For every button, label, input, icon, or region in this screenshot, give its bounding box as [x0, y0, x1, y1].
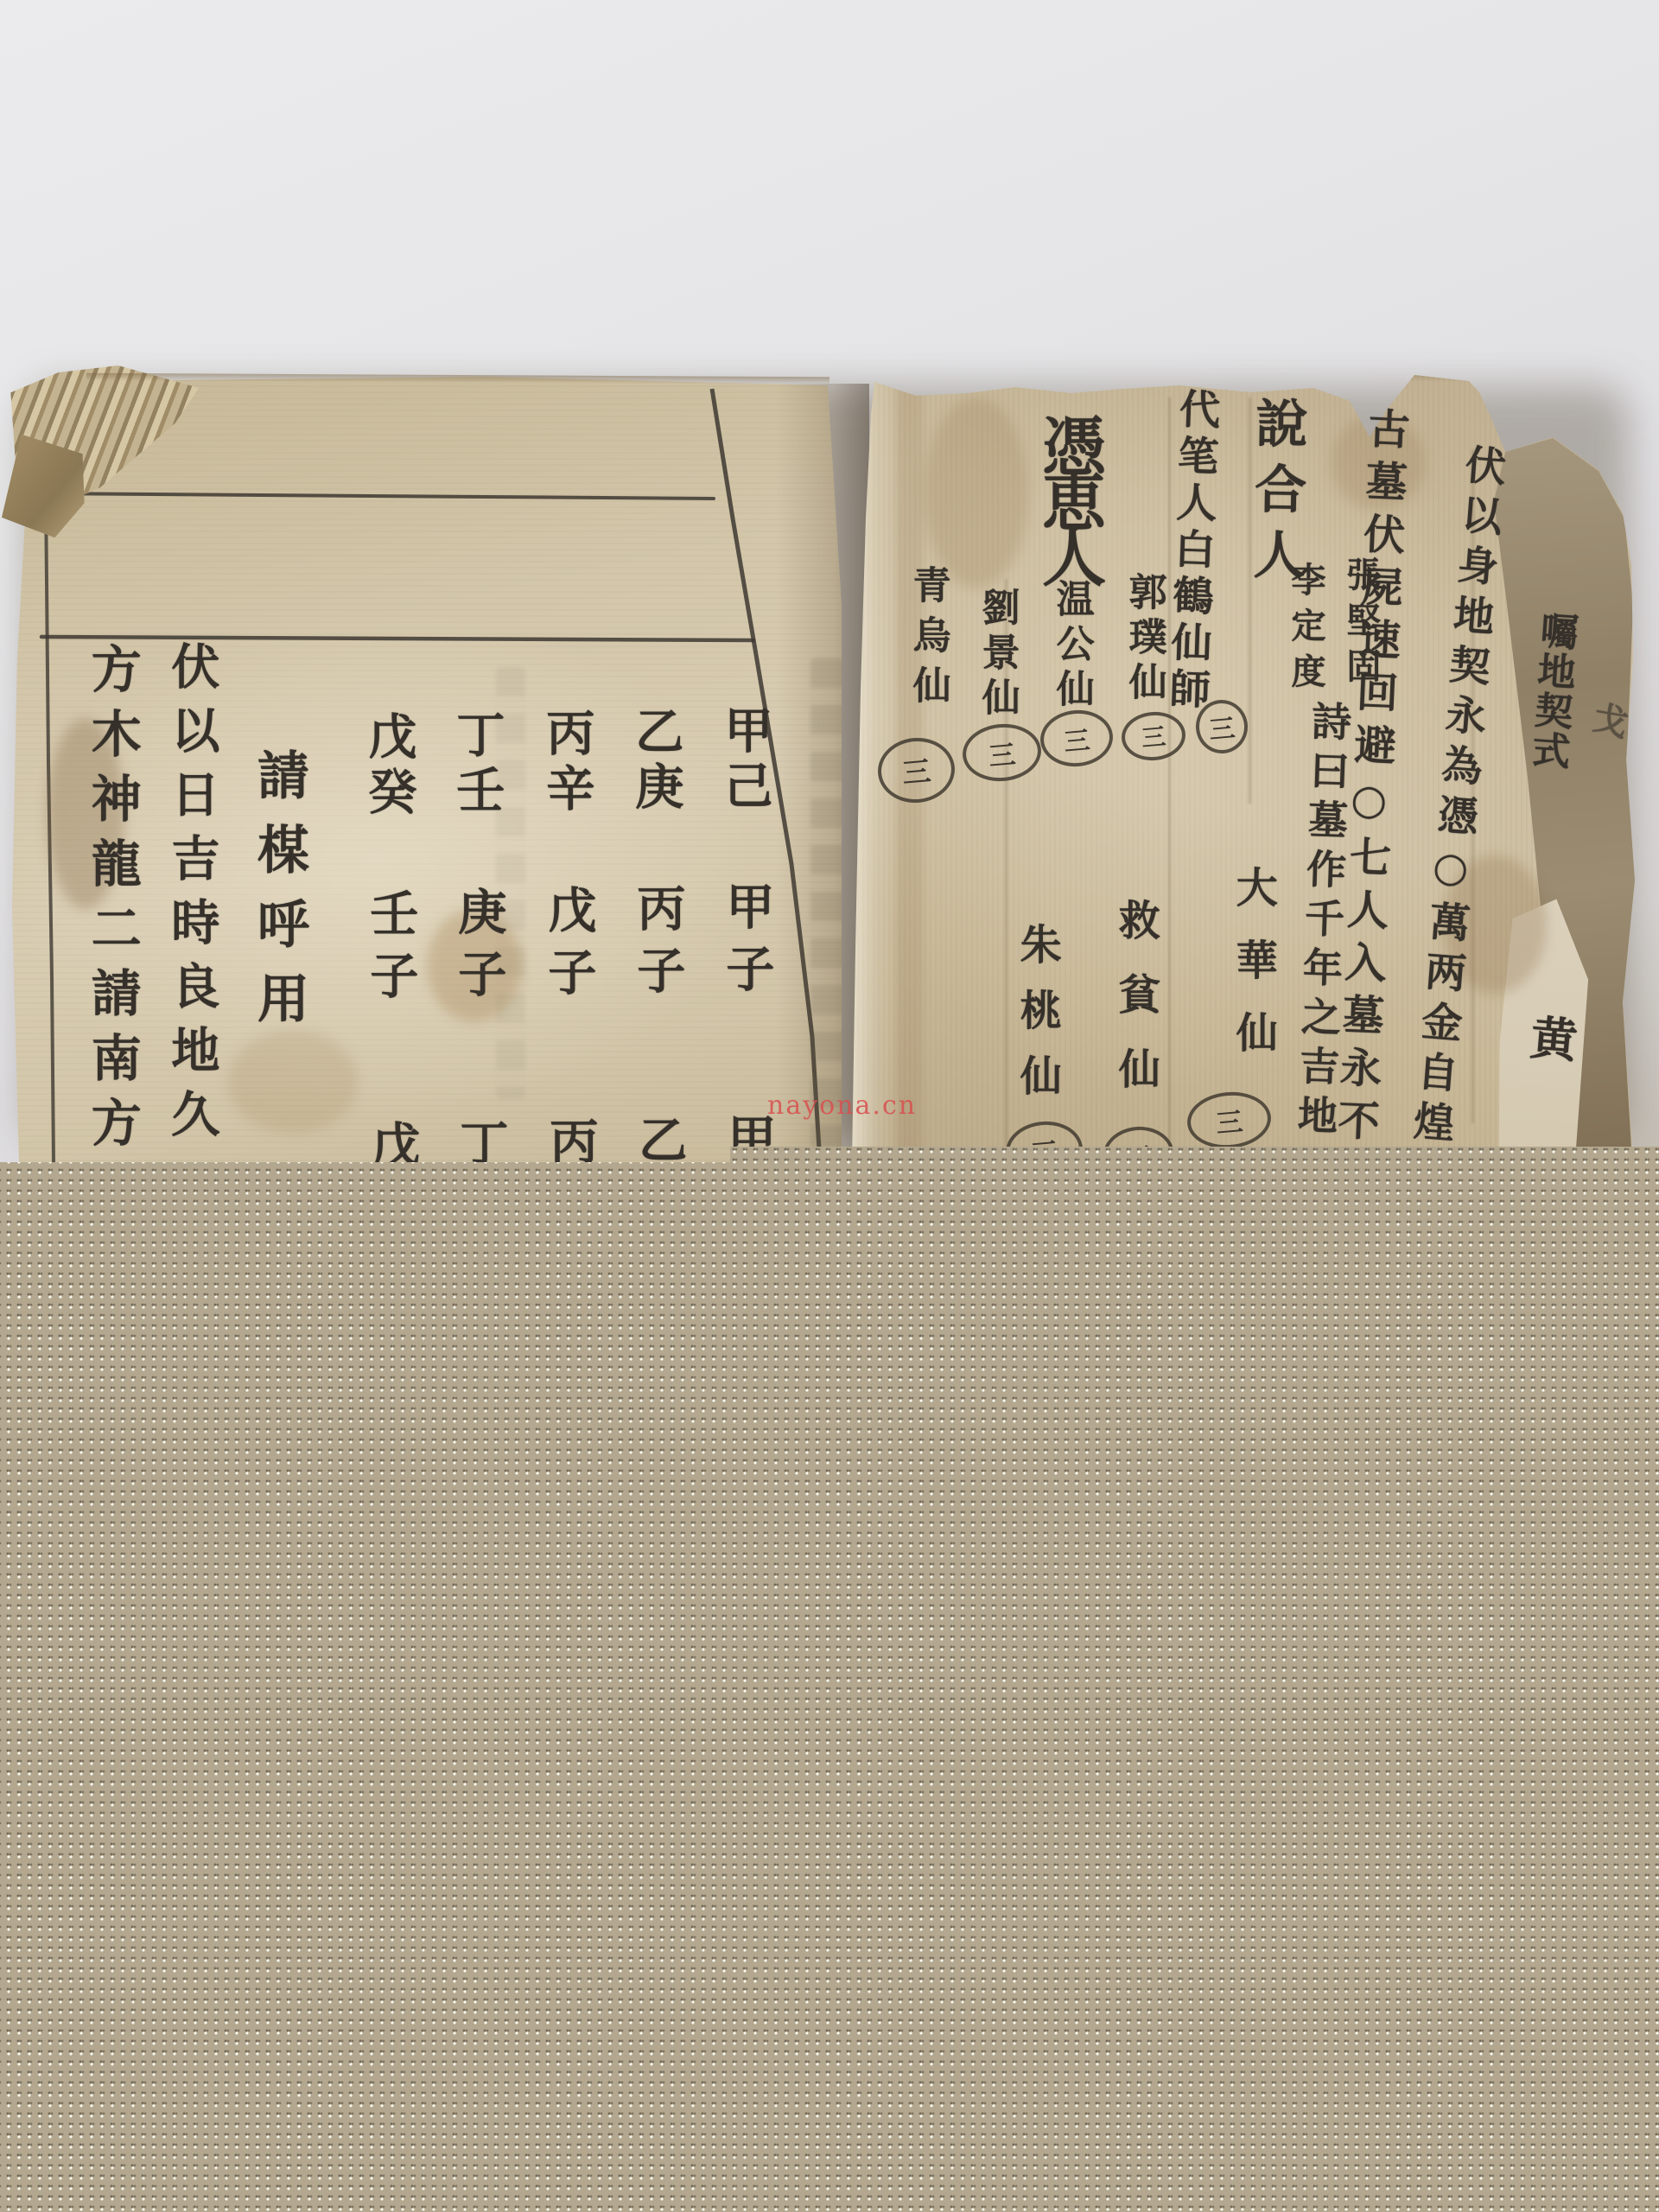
matchmaker-name-left: 李定度 — [1286, 562, 1325, 699]
clipped-hour-column-3: 丙 — [543, 1116, 598, 1163]
clipped-hour-column-4: 丁 — [453, 1118, 508, 1163]
stem-pair-column-5: 戊癸 — [361, 711, 416, 822]
petition-column: 伏以日吉時良地久 — [164, 641, 219, 1153]
stem-pair-column-2: 乙庚 — [628, 706, 683, 817]
hour-column-4: 庚子 — [451, 887, 506, 1011]
witness-heading: 憑恵人 — [1032, 413, 1105, 579]
paper-stain — [925, 397, 1028, 588]
hour-column-1: 甲子 — [719, 881, 774, 1006]
screenshot-root: 甲己 乙庚 丙辛 丁壬 戊癸 甲子 丙子 戊子 庚子 壬子 甲 乙 丙 丁 戊 … — [0, 0, 1659, 2212]
stem-pair-column-1: 甲己 — [717, 705, 772, 816]
dragon-invocation-column: 方木神龍二請南方 — [83, 643, 141, 1161]
hour-column-3: 戊子 — [541, 885, 596, 1009]
huang-character: 黄 — [1522, 1012, 1580, 1063]
witness-name: 大華仙 — [1229, 866, 1276, 1084]
paper-stain — [228, 1030, 358, 1134]
matchmaker-name-right: 張堅固 — [1341, 556, 1381, 694]
watermark: nayona.cn — [767, 1090, 917, 1121]
clipped-hour-column-2: 乙 — [632, 1115, 687, 1163]
witness-name: 救貧仙 — [1111, 899, 1159, 1122]
clipped-hour-column-5: 戊 — [365, 1120, 420, 1163]
witness-name: 青烏仙 — [906, 565, 950, 715]
witness-name: 朱桃仙 — [1013, 923, 1060, 1120]
stem-pair-column-4: 丁壬 — [449, 709, 505, 820]
witness-name: 郭璞仙 — [1122, 572, 1166, 707]
witness-name: 劉景仙 — [975, 588, 1019, 722]
stem-pair-column-3: 丙辛 — [539, 708, 594, 818]
book-photo: 甲己 乙庚 丙辛 丁壬 戊癸 甲子 丙子 戊子 庚子 壬子 甲 乙 丙 丁 戊 … — [0, 0, 1659, 1163]
witness-name: 温公仙 — [1049, 579, 1093, 714]
torn-top-fringe — [847, 372, 1659, 382]
hour-column-5: 壬子 — [363, 888, 418, 1013]
invocation-column: 請楳呼用 — [249, 748, 308, 1046]
hour-column-2: 丙子 — [630, 883, 685, 1007]
